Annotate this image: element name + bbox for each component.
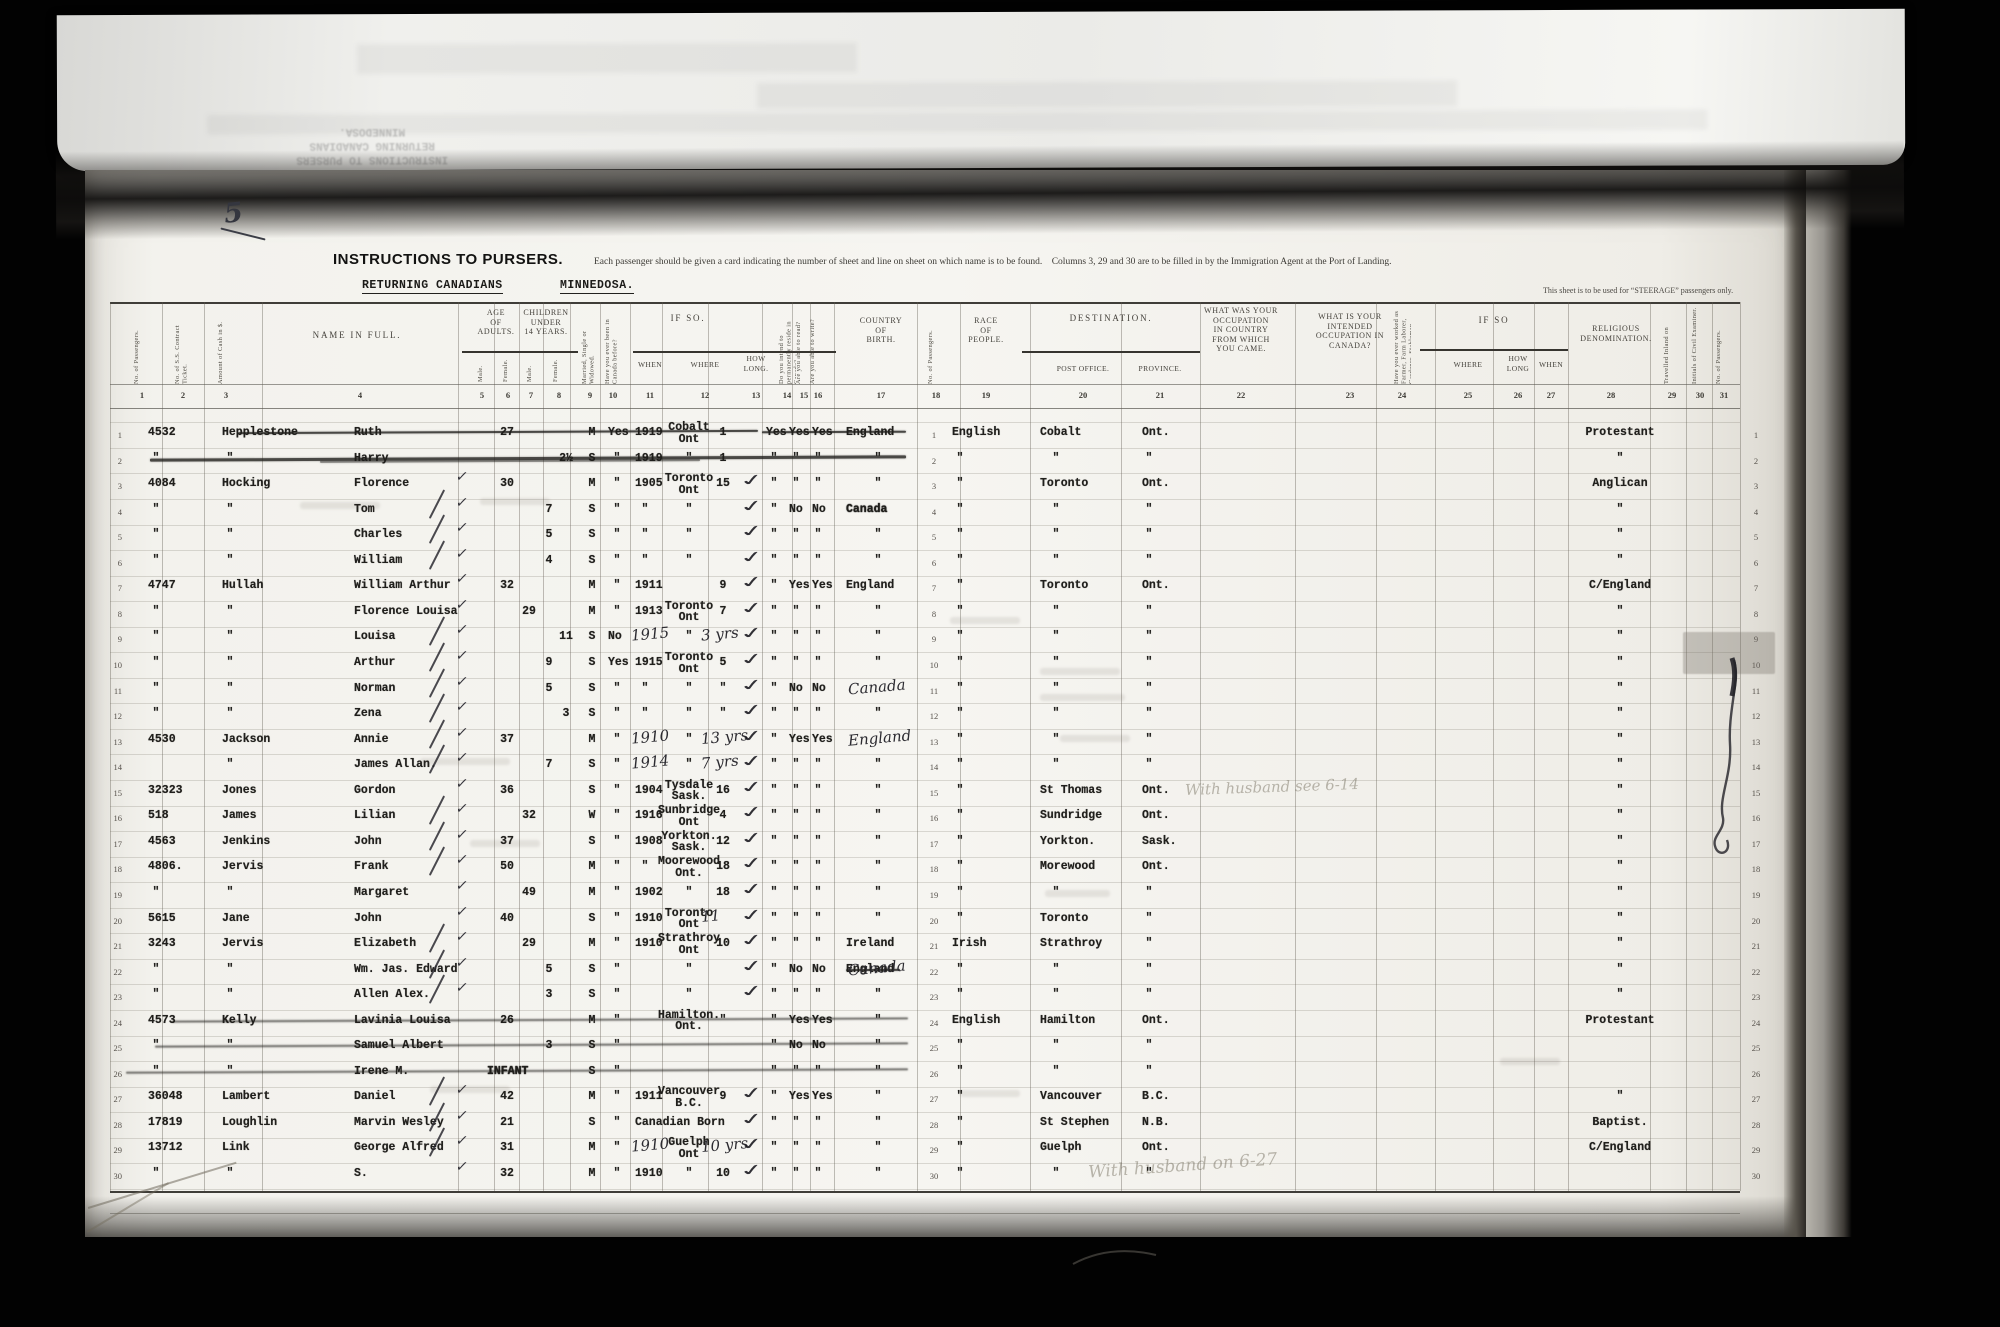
row-number-left-15: 15 bbox=[100, 788, 122, 798]
r7-re: C/England bbox=[1589, 580, 1651, 592]
r27-cb: " bbox=[614, 1091, 621, 1103]
r21-c16: " bbox=[815, 938, 822, 950]
r22-re: " bbox=[1617, 964, 1624, 976]
r15-t: 32323 bbox=[148, 785, 183, 797]
r1-pr: Ont. bbox=[1142, 427, 1170, 439]
row-number-mid-10: 10 bbox=[930, 660, 939, 670]
r5-re: " bbox=[1617, 529, 1624, 541]
r17-hl: 12 bbox=[716, 836, 730, 848]
r22-cb: " bbox=[614, 964, 621, 976]
r9-re: " bbox=[1617, 631, 1624, 643]
r30-wh: " bbox=[686, 1168, 693, 1180]
row-number-mid-20: 20 bbox=[930, 916, 939, 926]
r9-wh: " bbox=[686, 631, 693, 643]
r28-wn: Canadian Born bbox=[635, 1117, 725, 1129]
bleedthrough-ghost-8 bbox=[960, 1090, 1020, 1097]
col-label-children_group: CHILDREN UNDER 14 YEARS. bbox=[523, 308, 568, 337]
r28-c16: " bbox=[815, 1117, 822, 1129]
r29-check-mark: ✓ bbox=[454, 1133, 469, 1149]
column-number-10: 10 bbox=[609, 390, 618, 400]
r5-g: Charles bbox=[354, 529, 402, 541]
r16-hl: 4 bbox=[720, 810, 727, 822]
r5-s: " bbox=[227, 529, 234, 541]
r28-s: Loughlin bbox=[222, 1117, 277, 1129]
row-number-right-25: 25 bbox=[1752, 1043, 1761, 1053]
r4-c15: No bbox=[789, 504, 803, 516]
r26-ra: " bbox=[957, 1066, 964, 1078]
r10-cb: Yes bbox=[608, 657, 629, 669]
r19-pr: " bbox=[1146, 887, 1153, 899]
row-number-mid-15: 15 bbox=[930, 788, 939, 798]
r20-t: 5615 bbox=[148, 913, 176, 925]
row-line bbox=[110, 780, 1740, 781]
column-number-30: 30 bbox=[1696, 390, 1705, 400]
r8-t: " bbox=[153, 606, 160, 618]
r27-s: Lambert bbox=[222, 1091, 270, 1103]
r8-c14: " bbox=[771, 606, 778, 618]
r2-ra: " bbox=[957, 453, 964, 465]
r3-cb: " bbox=[614, 478, 621, 490]
r23-c14: " bbox=[771, 989, 778, 1001]
column-number-19: 19 bbox=[982, 390, 991, 400]
r14-c14: " bbox=[771, 759, 778, 771]
r11-c15: No bbox=[789, 683, 803, 695]
r9-when-handwritten: 1915 bbox=[630, 624, 670, 645]
row-number-mid-1: 1 bbox=[932, 430, 936, 440]
header-group-underline bbox=[1022, 351, 1200, 353]
pencil-note-bottom: With husband on 6-27 bbox=[1088, 1149, 1278, 1182]
r20-re: " bbox=[1617, 913, 1624, 925]
column-number-18: 18 bbox=[932, 390, 941, 400]
row-number-right-5: 5 bbox=[1754, 532, 1758, 542]
r20-check-mark: ✓ bbox=[454, 904, 469, 920]
r27-re: " bbox=[1617, 1091, 1624, 1103]
r18-t: 4806. bbox=[148, 861, 183, 873]
r11-re: " bbox=[1617, 683, 1624, 695]
table-rule bbox=[110, 384, 1740, 385]
r23-re: " bbox=[1617, 989, 1624, 1001]
r20-ra: " bbox=[957, 913, 964, 925]
row-line bbox=[110, 652, 1740, 653]
r1-am: 27 bbox=[500, 427, 514, 439]
column-number-13: 13 bbox=[752, 390, 761, 400]
r3-po: Toronto bbox=[1040, 478, 1088, 490]
r30-co: " bbox=[875, 1168, 882, 1180]
r12-wh: " bbox=[686, 708, 693, 720]
r30-s: " bbox=[227, 1168, 234, 1180]
r6-co: " bbox=[875, 555, 882, 567]
row-number-left-27: 27 bbox=[100, 1094, 122, 1104]
r19-check-mark: ✓ bbox=[454, 878, 469, 894]
r3-g: Florence bbox=[354, 478, 409, 490]
column-separator bbox=[834, 302, 835, 1191]
r30-c14: " bbox=[771, 1168, 778, 1180]
row-number-mid-26: 26 bbox=[930, 1069, 939, 1079]
r5-ra: " bbox=[957, 529, 964, 541]
r12-re: " bbox=[1617, 708, 1624, 720]
r19-co: " bbox=[875, 887, 882, 899]
steerage-note: This sheet is to be used for “STEERAGE” … bbox=[1543, 286, 1733, 295]
row-number-mid-30: 30 bbox=[930, 1171, 939, 1181]
r10-t: " bbox=[153, 657, 160, 669]
r24-ra: English bbox=[952, 1015, 1000, 1027]
r7-am: 32 bbox=[500, 580, 514, 592]
r8-check-mark: ✓ bbox=[454, 597, 469, 613]
r13-wh: " bbox=[686, 734, 693, 746]
r14-cb: " bbox=[614, 759, 621, 771]
row-line bbox=[110, 908, 1740, 909]
r28-po: St Stephen bbox=[1040, 1117, 1109, 1129]
row-number-mid-16: 16 bbox=[930, 813, 939, 823]
r9-cf: 11 bbox=[559, 631, 573, 643]
r6-slash-mark bbox=[429, 540, 445, 569]
col-label-write: Are you able to write? bbox=[809, 304, 827, 384]
r15-co: " bbox=[875, 785, 882, 797]
r4-s: " bbox=[227, 504, 234, 516]
r18-c14: " bbox=[771, 861, 778, 873]
r29-ra: " bbox=[957, 1142, 964, 1154]
row-line bbox=[110, 882, 1740, 883]
row-number-left-21: 21 bbox=[100, 941, 122, 951]
r29-cb: " bbox=[614, 1142, 621, 1154]
r23-cm: 3 bbox=[546, 989, 553, 1001]
row-number-left-29: 29 bbox=[100, 1145, 122, 1155]
col-sublabel-male-0: Male. bbox=[477, 330, 489, 382]
r22-c14: " bbox=[771, 964, 778, 976]
r19-c16: " bbox=[815, 887, 822, 899]
r4-ra: " bbox=[957, 504, 964, 516]
r4-cm: 7 bbox=[546, 504, 553, 516]
column-number-29: 29 bbox=[1668, 390, 1677, 400]
bleedthrough-ghost-1 bbox=[300, 502, 380, 509]
r21-slash-mark bbox=[429, 923, 445, 952]
r11-check-mark: ✓ bbox=[454, 674, 469, 690]
r13-when-handwritten: 1910 bbox=[630, 726, 670, 747]
row-number-left-16: 16 bbox=[100, 813, 122, 823]
row-line bbox=[110, 1138, 1740, 1139]
r18-s: Jervis bbox=[222, 861, 263, 873]
r5-cb: " bbox=[614, 529, 621, 541]
r25-pr: " bbox=[1146, 1040, 1153, 1052]
r23-po: " bbox=[1053, 989, 1060, 1001]
r14-pr: " bbox=[1146, 759, 1153, 771]
r8-re: " bbox=[1617, 606, 1624, 618]
row-number-mid-7: 7 bbox=[932, 583, 936, 593]
r13-c14: " bbox=[771, 734, 778, 746]
r28-cb: " bbox=[614, 1117, 621, 1129]
r19-c14: " bbox=[771, 887, 778, 899]
r21-re: " bbox=[1617, 938, 1624, 950]
r1-ms: M bbox=[589, 427, 596, 439]
r24-wh: Hamilton. Ont. bbox=[658, 1010, 720, 1033]
r25-cm: 3 bbox=[546, 1040, 553, 1052]
r24-re: Protestant bbox=[1585, 1015, 1654, 1027]
r9-t: " bbox=[153, 631, 160, 643]
r5-c14: " bbox=[771, 529, 778, 541]
col-sublabel-how_long2: HOW LONG bbox=[1507, 354, 1529, 373]
r8-af: 29 bbox=[522, 606, 536, 618]
r20-ms: S bbox=[589, 913, 596, 925]
column-number-27: 27 bbox=[1547, 390, 1556, 400]
row-line bbox=[110, 959, 1740, 960]
table-rule bbox=[110, 408, 1740, 409]
r20-pr: " bbox=[1146, 913, 1153, 925]
col-sublabel-male-2: Male. bbox=[526, 330, 538, 382]
r28-pr: N.B. bbox=[1142, 1117, 1170, 1129]
r5-ms: S bbox=[589, 529, 596, 541]
r15-c14: " bbox=[771, 785, 778, 797]
column-separator bbox=[1200, 302, 1201, 1191]
r4-t: " bbox=[153, 504, 160, 516]
row-number-right-29: 29 bbox=[1752, 1145, 1761, 1155]
row-number-right-28: 28 bbox=[1752, 1120, 1761, 1130]
r29-am: 31 bbox=[500, 1142, 514, 1154]
r26-po: " bbox=[1053, 1066, 1060, 1078]
col-label-destination: DESTINATION. bbox=[1070, 314, 1153, 324]
row-line bbox=[110, 1010, 1740, 1011]
r23-wh: " bbox=[686, 989, 693, 1001]
r12-ra: " bbox=[957, 708, 964, 720]
r19-hl: 18 bbox=[716, 887, 730, 899]
r1-wh: Cobalt Ont bbox=[668, 422, 709, 445]
r5-t: " bbox=[153, 529, 160, 541]
r7-c14: " bbox=[771, 580, 778, 592]
r11-cm: 5 bbox=[546, 683, 553, 695]
r19-g: Margaret bbox=[354, 887, 409, 899]
r10-hl: 5 bbox=[720, 657, 727, 669]
r17-c15: " bbox=[793, 836, 800, 848]
r28-c15: " bbox=[793, 1117, 800, 1129]
r8-po: " bbox=[1053, 606, 1060, 618]
r5-cm: 5 bbox=[546, 529, 553, 541]
r10-c14: " bbox=[771, 657, 778, 669]
r3-c14: " bbox=[771, 478, 778, 490]
r17-s: Jenkins bbox=[222, 836, 270, 848]
r4-wn: " bbox=[642, 504, 649, 516]
r6-cb: " bbox=[614, 555, 621, 567]
r2-co: " bbox=[875, 453, 882, 465]
row-number-mid-12: 12 bbox=[930, 711, 939, 721]
r24-c16: Yes bbox=[812, 1015, 833, 1027]
r5-pr: " bbox=[1146, 529, 1153, 541]
r28-check-mark: ✓ bbox=[454, 1108, 469, 1124]
row-number-left-14: 14 bbox=[100, 762, 122, 772]
r28-ra: " bbox=[957, 1117, 964, 1129]
r20-howlong-handwritten: 11 bbox=[700, 906, 721, 926]
r18-c16: " bbox=[815, 861, 822, 873]
r5-check-mark: ✓ bbox=[454, 520, 469, 536]
row-number-left-22: 22 bbox=[100, 967, 122, 977]
row-number-right-2: 2 bbox=[1754, 456, 1758, 466]
pencil-note-mid: With husband see 6-14 bbox=[1185, 775, 1359, 799]
r5-c15: " bbox=[793, 529, 800, 541]
row-line bbox=[110, 448, 1740, 449]
row-line bbox=[110, 1163, 1740, 1164]
col-sublabel-when2: WHEN bbox=[1539, 360, 1563, 370]
col-label-passengers_no: No. of Passengers. bbox=[133, 304, 151, 384]
r24-po: Hamilton bbox=[1040, 1015, 1095, 1027]
r26-c14: " bbox=[771, 1066, 778, 1078]
row-number-left-24: 24 bbox=[100, 1018, 122, 1028]
r12-t: " bbox=[153, 708, 160, 720]
column-number-31: 31 bbox=[1720, 390, 1729, 400]
r22-c15: No bbox=[789, 964, 803, 976]
r21-ms: M bbox=[589, 938, 596, 950]
row-number-left-6: 6 bbox=[100, 558, 122, 568]
row-number-left-4: 4 bbox=[100, 507, 122, 517]
r10-co: " bbox=[875, 657, 882, 669]
scanned-passenger-manifest: INSTRUCTIONS TO PURSERS RETURNING CANADI… bbox=[0, 0, 2000, 1327]
r21-co: Ireland bbox=[846, 938, 894, 950]
r25-po: " bbox=[1053, 1040, 1060, 1052]
col-label-examiner: Initials of Civil Examiner. bbox=[1691, 304, 1709, 384]
row-number-left-5: 5 bbox=[100, 532, 122, 542]
r1-wn: 1919 bbox=[635, 427, 663, 439]
r7-ra: " bbox=[957, 580, 964, 592]
r23-g: Allen Alex. bbox=[354, 989, 430, 1001]
row-number-left-2: 2 bbox=[100, 456, 122, 466]
r21-g: Elizabeth bbox=[354, 938, 416, 950]
instructions-title: INSTRUCTIONS TO PURSERS. bbox=[333, 251, 563, 268]
r11-c14: " bbox=[771, 683, 778, 695]
r10-wh: Toronto Ont bbox=[665, 652, 713, 675]
row-line bbox=[110, 703, 1740, 704]
r9-s: " bbox=[227, 631, 234, 643]
column-separator bbox=[600, 302, 601, 1191]
column-separator bbox=[917, 302, 918, 1191]
r17-c16: " bbox=[815, 836, 822, 848]
r7-ms: M bbox=[589, 580, 596, 592]
row-number-mid-29: 29 bbox=[930, 1145, 939, 1155]
r22-ms: S bbox=[589, 964, 596, 976]
row-number-right-7: 7 bbox=[1754, 583, 1758, 593]
r29-c15: " bbox=[793, 1142, 800, 1154]
r26-c15: " bbox=[793, 1066, 800, 1078]
r27-po: Vancouver bbox=[1040, 1091, 1102, 1103]
column-number-7: 7 bbox=[529, 390, 533, 400]
r12-c16: " bbox=[815, 708, 822, 720]
r14-ms: S bbox=[589, 759, 596, 771]
row-line bbox=[110, 1036, 1740, 1037]
r15-re: " bbox=[1617, 785, 1624, 797]
r21-wh: Strathroy Ont bbox=[658, 933, 720, 956]
row-number-mid-22: 22 bbox=[930, 967, 939, 977]
row-line bbox=[110, 499, 1740, 500]
column-number-15: 15 bbox=[800, 390, 809, 400]
r25-cb: " bbox=[614, 1040, 621, 1052]
row-number-left-3: 3 bbox=[100, 481, 122, 491]
row-number-mid-21: 21 bbox=[930, 941, 939, 951]
row-number-mid-19: 19 bbox=[930, 890, 939, 900]
row-line bbox=[110, 984, 1740, 985]
r13-ms: M bbox=[589, 734, 596, 746]
r17-t: 4563 bbox=[148, 836, 176, 848]
column-separator bbox=[458, 302, 459, 1191]
r5-c16: " bbox=[815, 529, 822, 541]
column-separator bbox=[1435, 302, 1436, 1191]
column-number-23: 23 bbox=[1346, 390, 1355, 400]
r23-pr: " bbox=[1146, 989, 1153, 1001]
row-number-mid-2: 2 bbox=[932, 456, 936, 466]
r29-s: Link bbox=[222, 1142, 250, 1154]
column-separator bbox=[494, 302, 495, 1191]
column-number-4: 4 bbox=[358, 390, 362, 400]
ship-name: MINNEDOSA. bbox=[560, 279, 634, 294]
r12-s: " bbox=[227, 708, 234, 720]
r16-cb: " bbox=[614, 810, 621, 822]
r11-hl: " bbox=[720, 683, 727, 695]
r29-c14: " bbox=[771, 1142, 778, 1154]
r21-s: Jervis bbox=[222, 938, 263, 950]
r29-pr: Ont. bbox=[1142, 1142, 1170, 1154]
r2-re: " bbox=[1617, 453, 1624, 465]
col-sublabel-how_long: HOW LONG. bbox=[744, 354, 769, 373]
r26-ms: S bbox=[589, 1066, 596, 1078]
r3-c15: " bbox=[793, 478, 800, 490]
r3-ms: M bbox=[589, 478, 596, 490]
r18-am: 50 bbox=[500, 861, 514, 873]
row-line bbox=[110, 576, 1740, 577]
r15-am: 36 bbox=[500, 785, 514, 797]
column-number-3: 3 bbox=[224, 390, 228, 400]
r6-c16: " bbox=[815, 555, 822, 567]
r21-hl: 10 bbox=[716, 938, 730, 950]
r4-c16: No bbox=[812, 504, 826, 516]
r29-when-handwritten: 1910 bbox=[630, 1135, 670, 1156]
column-number-6: 6 bbox=[506, 390, 510, 400]
r10-ms: S bbox=[589, 657, 596, 669]
r15-s: Jones bbox=[222, 785, 257, 797]
column-separator bbox=[570, 302, 571, 1191]
r16-ms: W bbox=[589, 810, 596, 822]
r30-ra: " bbox=[957, 1168, 964, 1180]
r20-s: Jane bbox=[222, 913, 250, 925]
bleedthrough-ghost-5 bbox=[420, 758, 510, 765]
row-number-right-4: 4 bbox=[1754, 507, 1758, 517]
r7-co: England bbox=[846, 580, 894, 592]
column-separator bbox=[1121, 302, 1122, 1191]
r19-wh: " bbox=[686, 887, 693, 899]
r27-g: Daniel bbox=[354, 1091, 395, 1103]
r27-t: 36048 bbox=[148, 1091, 183, 1103]
r16-pr: Ont. bbox=[1142, 810, 1170, 822]
r27-c15: Yes bbox=[789, 1091, 810, 1103]
row-number-left-10: 10 bbox=[100, 660, 122, 670]
r7-g: William Arthur bbox=[354, 580, 451, 592]
r9-po: " bbox=[1053, 631, 1060, 643]
r13-po: " bbox=[1053, 734, 1060, 746]
r8-ms: M bbox=[589, 606, 596, 618]
row-line bbox=[110, 601, 1740, 602]
r1-ra: English bbox=[952, 427, 1000, 439]
r12-co: " bbox=[875, 708, 882, 720]
r18-g: Frank bbox=[354, 861, 389, 873]
row-number-right-3: 3 bbox=[1754, 481, 1758, 491]
r13-t: 4530 bbox=[148, 734, 176, 746]
r15-g: Gordon bbox=[354, 785, 395, 797]
r7-hl: 9 bbox=[720, 580, 727, 592]
col-label-canada_before: Have you ever been in Canada before? bbox=[604, 304, 622, 384]
r3-co: " bbox=[875, 478, 882, 490]
r17-g: John bbox=[354, 836, 382, 848]
r2-pr: " bbox=[1146, 453, 1153, 465]
r11-s: " bbox=[227, 683, 234, 695]
row-number-left-8: 8 bbox=[100, 609, 122, 619]
r16-c14: " bbox=[771, 810, 778, 822]
r14-s: " bbox=[227, 759, 234, 771]
r23-t: " bbox=[153, 989, 160, 1001]
r6-c15: " bbox=[793, 555, 800, 567]
